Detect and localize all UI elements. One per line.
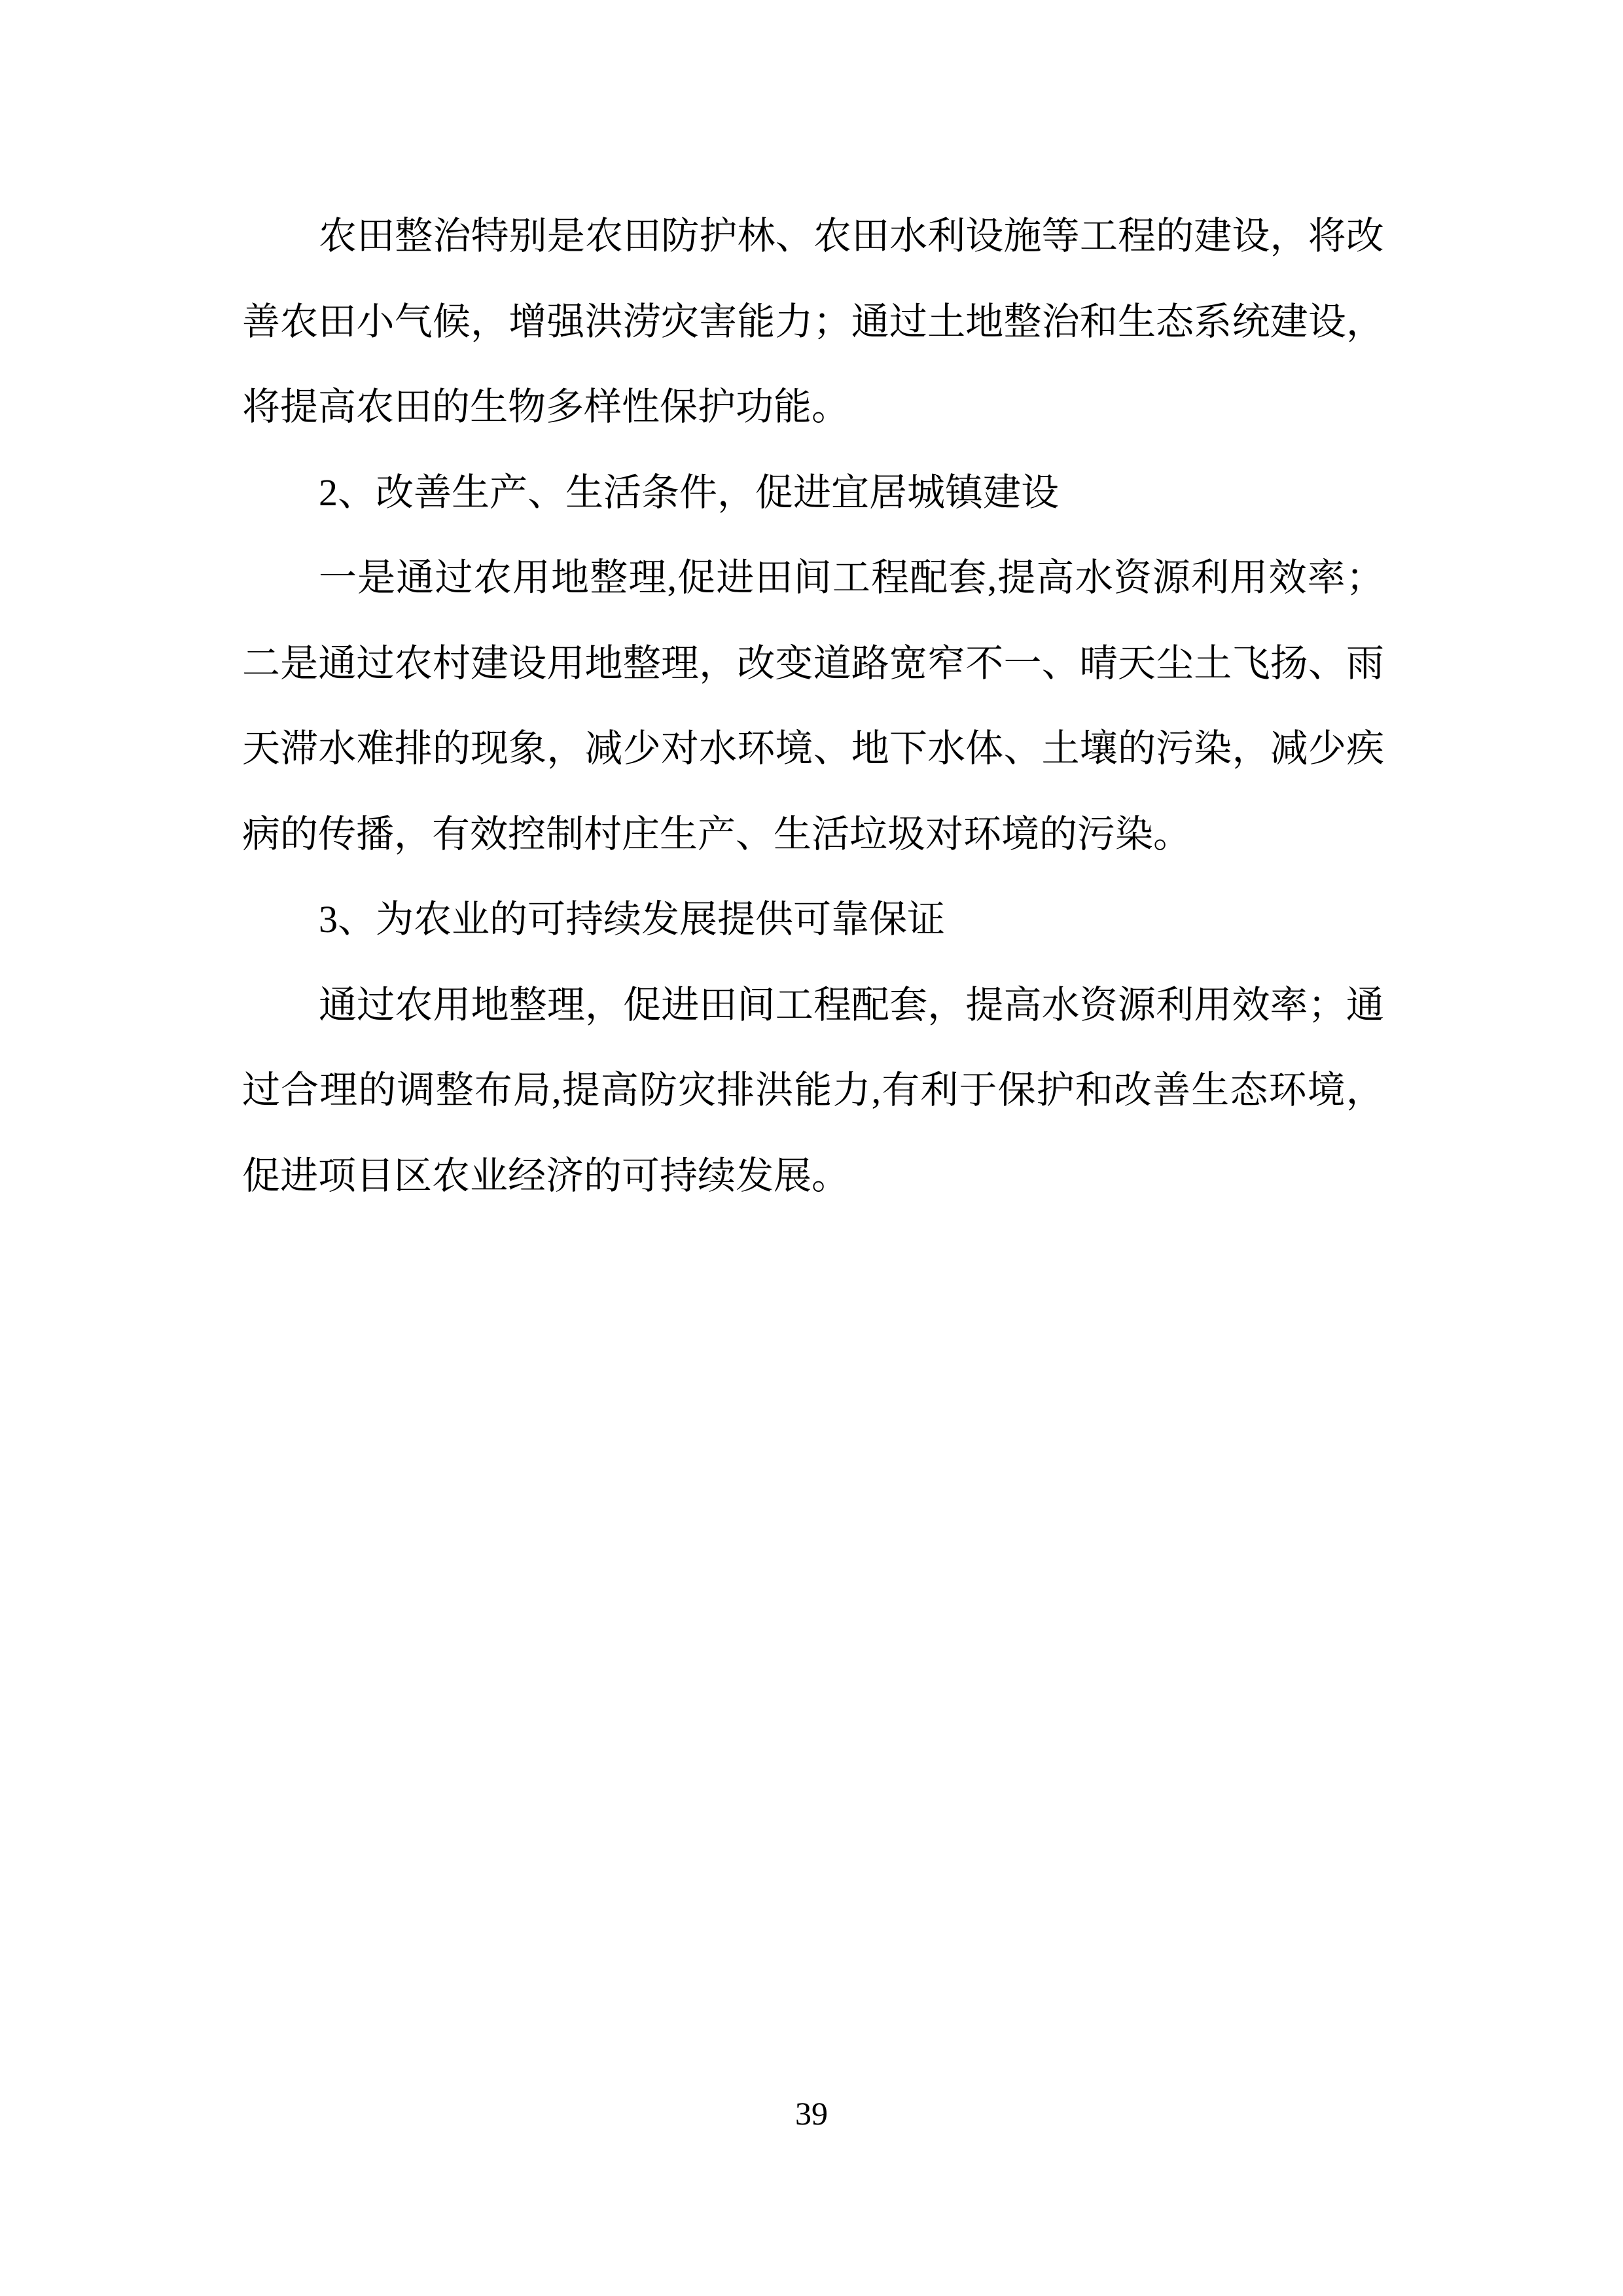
text-char: 用 — [433, 963, 471, 1049]
text-char: 生 — [1191, 1048, 1229, 1134]
text-char: 过 — [889, 279, 927, 365]
text-char: 能 — [737, 279, 775, 365]
text-char: ； — [1346, 535, 1384, 621]
text-char: 通 — [319, 963, 357, 1049]
text-char: 资 — [1114, 535, 1152, 621]
text-char: 农 — [395, 963, 433, 1049]
text-char: 用 — [1194, 963, 1232, 1049]
text-char: 减 — [585, 706, 623, 792]
text-char: 用 — [512, 535, 550, 621]
text-line: 通过农用地整理，促进田间工程配套，提高水资源利用效率；通 — [242, 963, 1384, 1049]
text-char: 土 — [1042, 706, 1080, 792]
text-char: 减 — [1270, 706, 1308, 792]
text-char: 利 — [1156, 963, 1194, 1049]
text-char: 态 — [1156, 279, 1194, 365]
text-char: 高 — [601, 1048, 639, 1134]
text-char: 土 — [927, 279, 965, 365]
text-char: 进 — [716, 535, 754, 621]
text-char: 灾 — [661, 279, 699, 365]
text-char: 的 — [1118, 706, 1156, 792]
text-char: 建 — [1194, 194, 1232, 279]
text-char: 雨 — [1346, 621, 1384, 707]
text-char: 和 — [1075, 1048, 1113, 1134]
text-char: 率 — [1270, 963, 1308, 1049]
text-char: 整 — [623, 621, 661, 707]
text-char: 套 — [948, 535, 986, 621]
text-char: 的 — [433, 706, 471, 792]
text-char: 程 — [871, 535, 909, 621]
text-char: 工 — [832, 535, 870, 621]
text-char: 晴 — [1080, 621, 1118, 707]
text-char: 将 — [1308, 194, 1346, 279]
text-char: 高 — [1036, 535, 1074, 621]
text-char: 力 — [775, 279, 813, 365]
text-char: 防 — [661, 194, 699, 279]
text-char: 窄 — [927, 621, 965, 707]
text-char: 护 — [699, 194, 737, 279]
text-char: 是 — [280, 621, 318, 707]
text-char: 过 — [242, 1048, 280, 1134]
text-char: 农 — [585, 194, 623, 279]
text-char: 护 — [1037, 1048, 1075, 1134]
text-char: 态 — [1230, 1048, 1268, 1134]
text-char: 飞 — [1232, 621, 1270, 707]
text-char: 地 — [471, 963, 509, 1049]
text-char: 通 — [1346, 963, 1384, 1049]
text-char: 过 — [435, 535, 473, 621]
text-char: 增 — [508, 279, 546, 365]
text-char: 水 — [889, 194, 927, 279]
text-char: 工 — [1080, 194, 1118, 279]
text-char: 宽 — [889, 621, 927, 707]
text-char: 合 — [281, 1048, 319, 1134]
text-char: 改 — [1114, 1048, 1152, 1134]
text-char: ； — [813, 279, 851, 365]
text-line: 善农田小气候，增强洪涝灾害能力；通过土地整治和生态系统建设， — [242, 279, 1384, 365]
text-char: 疾 — [1346, 706, 1384, 792]
text-char: 二 — [242, 621, 280, 707]
text-char: 地 — [965, 279, 1003, 365]
text-char: 进 — [661, 963, 699, 1049]
text-char: 的 — [358, 1048, 396, 1134]
text-char: 局 — [513, 1048, 551, 1134]
text-char: 生 — [1118, 279, 1156, 365]
text-char: 地 — [851, 706, 889, 792]
text-line: 将提高农田的生物多样性保护功能。 — [242, 365, 1384, 450]
text-char: 理 — [661, 621, 699, 707]
text-char: 通 — [851, 279, 889, 365]
page-number: 39 — [795, 2095, 828, 2132]
text-char: 整 — [509, 963, 547, 1049]
text-char: 程 — [813, 963, 851, 1049]
text-char: 统 — [1232, 279, 1270, 365]
text-char: 过 — [357, 621, 395, 707]
text-char: 难 — [357, 706, 395, 792]
text-char: 是 — [357, 535, 395, 621]
text-char: 促 — [623, 963, 661, 1049]
text-char: 高 — [1004, 963, 1042, 1049]
text-char: 整 — [1003, 279, 1041, 365]
text-char: 善 — [242, 279, 280, 365]
text-char: 排 — [395, 706, 433, 792]
text-char: 建 — [471, 621, 508, 707]
text-char: 排 — [717, 1048, 755, 1134]
text-char: 天 — [1118, 621, 1156, 707]
text-char: 有 — [882, 1048, 919, 1134]
document-body: 农田整治特别是农田防护林、农田水利设施等工程的建设，将改善农田小气候，增强洪涝灾… — [242, 194, 1384, 1219]
text-char: 、 — [776, 194, 813, 279]
text-char: 整 — [395, 194, 433, 279]
text-char: 水 — [1075, 535, 1113, 621]
text-char: 天 — [242, 706, 280, 792]
text-char: 设 — [965, 194, 1003, 279]
text-char: 布 — [474, 1048, 512, 1134]
text-char: 田 — [699, 963, 737, 1049]
text-char: 环 — [737, 706, 775, 792]
text-line: 农田整治特别是农田防护林、农田水利设施等工程的建设，将改 — [242, 194, 1384, 279]
text-char: ， — [927, 963, 965, 1049]
text-char: 提 — [997, 535, 1035, 621]
text-char: 染 — [1194, 706, 1232, 792]
text-char: ， — [1346, 1048, 1384, 1134]
text-line: 促进项目区农业经济的可持续发展。 — [242, 1134, 1384, 1219]
text-char: , — [668, 535, 677, 621]
text-char: 工 — [776, 963, 813, 1049]
text-char: 地 — [551, 535, 589, 621]
text-char: 道 — [813, 621, 851, 707]
text-char: 洪 — [585, 279, 623, 365]
text-char: 率 — [1308, 535, 1346, 621]
text-char: 善 — [1152, 1048, 1190, 1134]
text-line: 一是通过农用地整理,促进田间工程配套,提高水资源利用效率； — [242, 535, 1384, 621]
text-char: 过 — [357, 963, 395, 1049]
text-char: 通 — [396, 535, 434, 621]
text-char: 强 — [546, 279, 584, 365]
text-char: 村 — [433, 621, 471, 707]
text-char: 能 — [794, 1048, 832, 1134]
text-char: 源 — [1152, 535, 1190, 621]
text-char: 变 — [775, 621, 813, 707]
text-char: 利 — [920, 1048, 958, 1134]
page-footer: 39 — [0, 2097, 1623, 2130]
text-char: 施 — [1004, 194, 1042, 279]
text-char: 少 — [1308, 706, 1346, 792]
text-char: 系 — [1194, 279, 1232, 365]
text-char: 整 — [436, 1048, 474, 1134]
text-char: 设 — [1308, 279, 1346, 365]
text-char: ， — [699, 621, 737, 707]
text-char: 保 — [998, 1048, 1036, 1134]
text-char: 田 — [623, 194, 661, 279]
text-char: ， — [1346, 279, 1384, 365]
text-char: 调 — [397, 1048, 435, 1134]
text-char: 境 — [1308, 1048, 1346, 1134]
text-line: 过合理的调整布局,提高防灾排洪能力,有利于保护和改善生态环境， — [242, 1048, 1384, 1134]
text-char: 设 — [508, 621, 546, 707]
text-char: 利 — [1191, 535, 1229, 621]
text-char: 、 — [1308, 621, 1346, 707]
text-char: 境 — [775, 706, 813, 792]
text-line: 2、改善生产、生活条件，促进宜居城镇建设 — [242, 450, 1384, 536]
text-char: 是 — [547, 194, 585, 279]
text-char: 力 — [832, 1048, 870, 1134]
text-char: 田 — [357, 194, 395, 279]
text-line: 病的传播，有效控制村庄生产、生活垃圾对环境的污染。 — [242, 792, 1384, 878]
text-char: 改 — [737, 621, 775, 707]
text-char: 田 — [318, 279, 356, 365]
text-char: , — [988, 535, 997, 621]
text-char: 尘 — [1156, 621, 1194, 707]
text-char: 、 — [1003, 706, 1041, 792]
text-char: ， — [1270, 194, 1308, 279]
text-char: 小 — [357, 279, 395, 365]
text-char: , — [872, 1048, 882, 1134]
text-char: 水 — [318, 706, 356, 792]
text-char: 滞 — [280, 706, 318, 792]
text-char: 灾 — [678, 1048, 716, 1134]
text-char: 气 — [395, 279, 433, 365]
text-char: 资 — [1080, 963, 1118, 1049]
text-char: ； — [1308, 963, 1346, 1049]
text-char: 理 — [547, 963, 585, 1049]
text-char: 通 — [318, 621, 356, 707]
text-char: 土 — [1194, 621, 1232, 707]
text-char: 田 — [755, 535, 793, 621]
text-char: 程 — [1118, 194, 1156, 279]
text-char: 涝 — [623, 279, 661, 365]
document-page: 农田整治特别是农田防护林、农田水利设施等工程的建设，将改善农田小气候，增强洪涝灾… — [0, 0, 1623, 2296]
text-char: 等 — [1042, 194, 1080, 279]
text-char: 改 — [1346, 194, 1384, 279]
text-char: 不 — [965, 621, 1003, 707]
text-char: 的 — [1156, 194, 1194, 279]
text-char: 用 — [1230, 535, 1268, 621]
text-char: 林 — [738, 194, 776, 279]
text-char: 象 — [508, 706, 546, 792]
text-char: 少 — [623, 706, 661, 792]
text-char: 理 — [319, 1048, 357, 1134]
text-char: 整 — [590, 535, 628, 621]
text-line: 二是通过农村建设用地整理，改变道路宽窄不一、晴天尘土飞扬、雨 — [242, 621, 1384, 707]
text-char: 害 — [699, 279, 737, 365]
text-char: 间 — [738, 963, 776, 1049]
text-char: ， — [546, 706, 584, 792]
text-char: 下 — [889, 706, 927, 792]
text-char: 农 — [813, 194, 851, 279]
text-char: 环 — [1268, 1048, 1306, 1134]
text-char: 一 — [1003, 621, 1041, 707]
text-char: ， — [1232, 706, 1270, 792]
text-char: 、 — [1042, 621, 1080, 707]
text-char: 治 — [1042, 279, 1080, 365]
text-char: 源 — [1118, 963, 1156, 1049]
text-char: 污 — [1156, 706, 1194, 792]
text-char: 壤 — [1080, 706, 1118, 792]
text-char: 效 — [1232, 963, 1270, 1049]
text-char: 理 — [628, 535, 666, 621]
text-char: 水 — [699, 706, 737, 792]
text-char: 配 — [851, 963, 889, 1049]
text-char: 用 — [546, 621, 584, 707]
text-char: 防 — [639, 1048, 677, 1134]
text-char: 促 — [677, 535, 715, 621]
text-char: 农 — [474, 535, 512, 621]
text-char: 别 — [509, 194, 547, 279]
text-char: 体 — [965, 706, 1003, 792]
text-char: 农 — [395, 621, 433, 707]
text-line: 天滞水难排的现象，减少对水环境、地下水体、土壤的污染，减少疾 — [242, 706, 1384, 792]
text-char: ， — [471, 279, 508, 365]
text-char: 扬 — [1270, 621, 1308, 707]
text-char: 建 — [1270, 279, 1308, 365]
text-char: 套 — [889, 963, 927, 1049]
text-char: 配 — [910, 535, 948, 621]
text-char: 候 — [433, 279, 471, 365]
text-line: 3、为农业的可持续发展提供可靠保证 — [242, 877, 1384, 963]
text-char: 农 — [280, 279, 318, 365]
text-char: 设 — [1232, 194, 1270, 279]
text-char: 提 — [965, 963, 1003, 1049]
text-char: 利 — [927, 194, 965, 279]
text-char: 水 — [927, 706, 965, 792]
text-char: 现 — [471, 706, 508, 792]
text-char: 对 — [661, 706, 699, 792]
text-char: 田 — [851, 194, 889, 279]
text-char: ， — [585, 963, 623, 1049]
text-char: 于 — [959, 1048, 997, 1134]
text-char: 治 — [433, 194, 471, 279]
text-char: 洪 — [755, 1048, 793, 1134]
text-char: 、 — [813, 706, 851, 792]
text-char: 一 — [319, 535, 357, 621]
text-char: 特 — [471, 194, 509, 279]
text-char: 地 — [585, 621, 623, 707]
text-char: 效 — [1268, 535, 1306, 621]
text-char: 路 — [851, 621, 889, 707]
text-char: 提 — [562, 1048, 600, 1134]
text-char: 农 — [319, 194, 357, 279]
text-char: 水 — [1042, 963, 1080, 1049]
text-char: 和 — [1080, 279, 1118, 365]
text-char: , — [552, 1048, 562, 1134]
text-char: 间 — [794, 535, 832, 621]
